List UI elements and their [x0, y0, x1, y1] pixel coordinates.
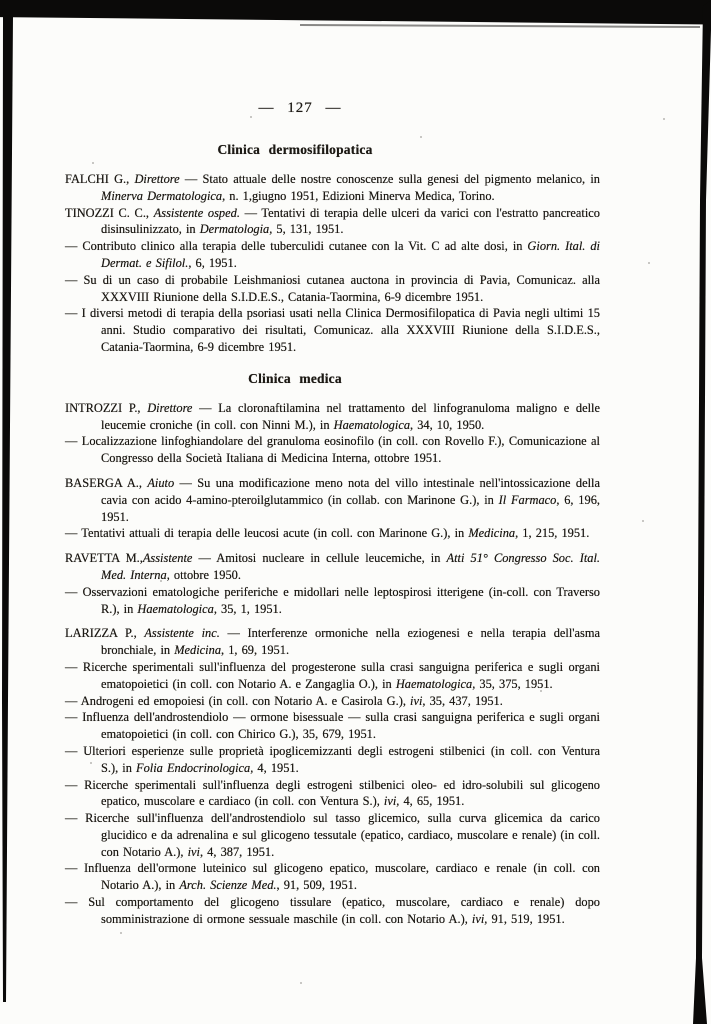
- scan-speck: [90, 762, 92, 764]
- bibliography-entry: FALCHI G., Direttore — Stato attuale del…: [65, 171, 600, 205]
- entry-italic-text: Direttore: [134, 172, 179, 186]
- entry-text: , 4, 1951.: [250, 761, 298, 775]
- scan-speck: [663, 118, 665, 120]
- entry-italic-text: Medicina: [468, 526, 515, 540]
- entry-italic-text: Aiuto: [147, 476, 174, 490]
- bibliography-entry: — I diversi metodi di terapia della psor…: [65, 305, 600, 355]
- entry-text: , 6, 1951.: [188, 256, 236, 270]
- entry-text: — I diversi metodi di terapia della psor…: [65, 306, 600, 354]
- entry-text: — Ricerche sull'influenza dell'androsten…: [65, 811, 600, 859]
- bibliography-entry: — Ricerche sull'influenza dell'androsten…: [65, 810, 600, 860]
- bibliography-entry: TINOZZI C. C., Assistente osped. — Tenta…: [65, 205, 600, 239]
- entry-text: — Localizzazione linfoghiandolare del gr…: [65, 434, 600, 465]
- entry-italic-text: Il Farmaco: [499, 493, 557, 507]
- scanned-page: — 127 — Clinica dermosifilopaticaFALCHI …: [0, 0, 711, 1024]
- section-title: Clinica medica: [65, 371, 525, 387]
- bibliography-entry: — Ricerche sperimentali sull'influenza d…: [65, 659, 600, 693]
- entry-text: — Su di un caso di probabile Leishmanios…: [65, 273, 600, 304]
- entry-text: RAVETTA M.,: [65, 551, 143, 565]
- entry-text: , 35, 375, 1951.: [472, 677, 552, 691]
- entry-text: , 35, 437, 1951.: [422, 694, 502, 708]
- entry-text: — Ricerche sperimentali sull'influenza d…: [65, 778, 600, 809]
- entry-italic-text: ivi: [410, 694, 422, 708]
- entry-italic-text: Arch. Scienze Med.: [179, 878, 276, 892]
- scan-artifact-right-edge: [685, 0, 711, 1024]
- entry-italic-text: Minerva Dermatologica: [101, 189, 222, 203]
- scan-speck: [300, 982, 302, 984]
- scan-speck: [92, 162, 94, 164]
- entry-italic-text: Direttore: [147, 401, 192, 415]
- entry-text: , 4, 387, 1951.: [200, 845, 274, 859]
- entry-text: — Androgeni ed emopoiesi (in coll. con N…: [65, 694, 410, 708]
- entry-italic-text: ivi: [188, 845, 200, 859]
- entry-text: — Contributo clinico alla terapia delle …: [65, 239, 527, 253]
- entry-text: — Amitosi nucleare in cellule leucemiche…: [192, 551, 446, 565]
- entry-text: , 1, 69, 1951.: [221, 643, 289, 657]
- bibliography-entry: — Influenza dell'ormone luteinico sul gl…: [65, 860, 600, 894]
- entry-text: , 91, 509, 1951.: [277, 878, 357, 892]
- entry-text: BASERGA A.,: [65, 476, 147, 490]
- entry-italic-text: Assistente inc.: [144, 626, 219, 640]
- entry-italic-text: Dermatologia: [200, 222, 270, 236]
- scan-artifact-top-smudge: [300, 24, 700, 28]
- scan-speck: [642, 520, 644, 522]
- entry-italic-text: Folia Endocrinologica: [136, 761, 250, 775]
- entry-italic-text: Assistente: [143, 551, 193, 565]
- scan-speck: [120, 932, 122, 934]
- entry-italic-text: Haematologica: [137, 602, 213, 616]
- scan-speck: [648, 262, 650, 264]
- scan-speck: [160, 580, 162, 582]
- bibliography-entry: LARIZZA P., Assistente inc. — Interferen…: [65, 625, 600, 659]
- entry-text: , 4, 65, 1951.: [396, 794, 464, 808]
- bibliography-entry: — Osservazioni ematologiche periferiche …: [65, 584, 600, 618]
- entry-text: , 35, 1, 1951.: [214, 602, 282, 616]
- bibliography-entry: — Su di un caso di probabile Leishmanios…: [65, 272, 600, 306]
- page-number: — 127 —: [65, 100, 535, 117]
- entry-text: , 34, 10, 1950.: [410, 418, 484, 432]
- entry-text: — Influenza dell'androstendiolo — ormone…: [65, 710, 600, 741]
- scan-speck: [250, 116, 252, 118]
- scan-artifact-top-edge: [0, 0, 711, 25]
- section-title: Clinica dermosifilopatica: [65, 142, 525, 158]
- scan-speck: [420, 136, 422, 138]
- bibliography-entry: — Ricerche sperimentali sull'influenza d…: [65, 777, 600, 811]
- entry-italic-text: Assistente osped.: [154, 206, 240, 220]
- entry-italic-text: Haematologica: [396, 677, 472, 691]
- entry-italic-text: Haematologica: [334, 418, 410, 432]
- bibliography-entry: — Androgeni ed emopoiesi (in coll. con N…: [65, 693, 600, 710]
- bibliography-entry: INTROZZI P., Direttore — La cloronaftila…: [65, 400, 600, 434]
- scan-speck: [540, 690, 542, 692]
- bibliography-entry: BASERGA A., Aiuto — Su una modificazione…: [65, 475, 600, 525]
- entry-text: — Tentativi attuali di terapia delle leu…: [65, 526, 468, 540]
- scan-artifact-left-edge: [0, 0, 18, 1010]
- bibliography: Clinica dermosifilopaticaFALCHI G., Dire…: [65, 142, 600, 928]
- entry-text: , ottobre 1950.: [167, 568, 241, 582]
- entry-text: INTROZZI P.,: [65, 401, 147, 415]
- entry-text: — Stato attuale delle nostre conoscenze …: [180, 172, 600, 186]
- entry-text: , 5, 131, 1951.: [269, 222, 343, 236]
- entry-italic-text: Medicina: [174, 643, 221, 657]
- bibliography-entry: — Sul comportamento del glicogeno tissul…: [65, 894, 600, 928]
- entry-text: LARIZZA P.,: [65, 626, 144, 640]
- bibliography-entry: — Influenza dell'androstendiolo — ormone…: [65, 709, 600, 743]
- bibliography-entry: RAVETTA M.,Assistente — Amitosi nucleare…: [65, 550, 600, 584]
- bibliography-entry: — Ulteriori esperienze sulle proprietà i…: [65, 743, 600, 777]
- bibliography-entry: — Tentativi attuali di terapia delle leu…: [65, 525, 600, 542]
- entry-text: , n. 1,giugno 1951, Edizioni Minerva Med…: [222, 189, 495, 203]
- entry-italic-text: ivi: [472, 912, 484, 926]
- entry-text: TINOZZI C. C.,: [65, 206, 154, 220]
- bibliography-entry: — Localizzazione linfoghiandolare del gr…: [65, 433, 600, 467]
- entry-text: , 91, 519, 1951.: [484, 912, 564, 926]
- bibliography-entry: — Contributo clinico alla terapia delle …: [65, 238, 600, 272]
- entry-text: , 1, 215, 1951.: [515, 526, 589, 540]
- entry-text: FALCHI G.,: [65, 172, 134, 186]
- entry-italic-text: ivi: [384, 794, 396, 808]
